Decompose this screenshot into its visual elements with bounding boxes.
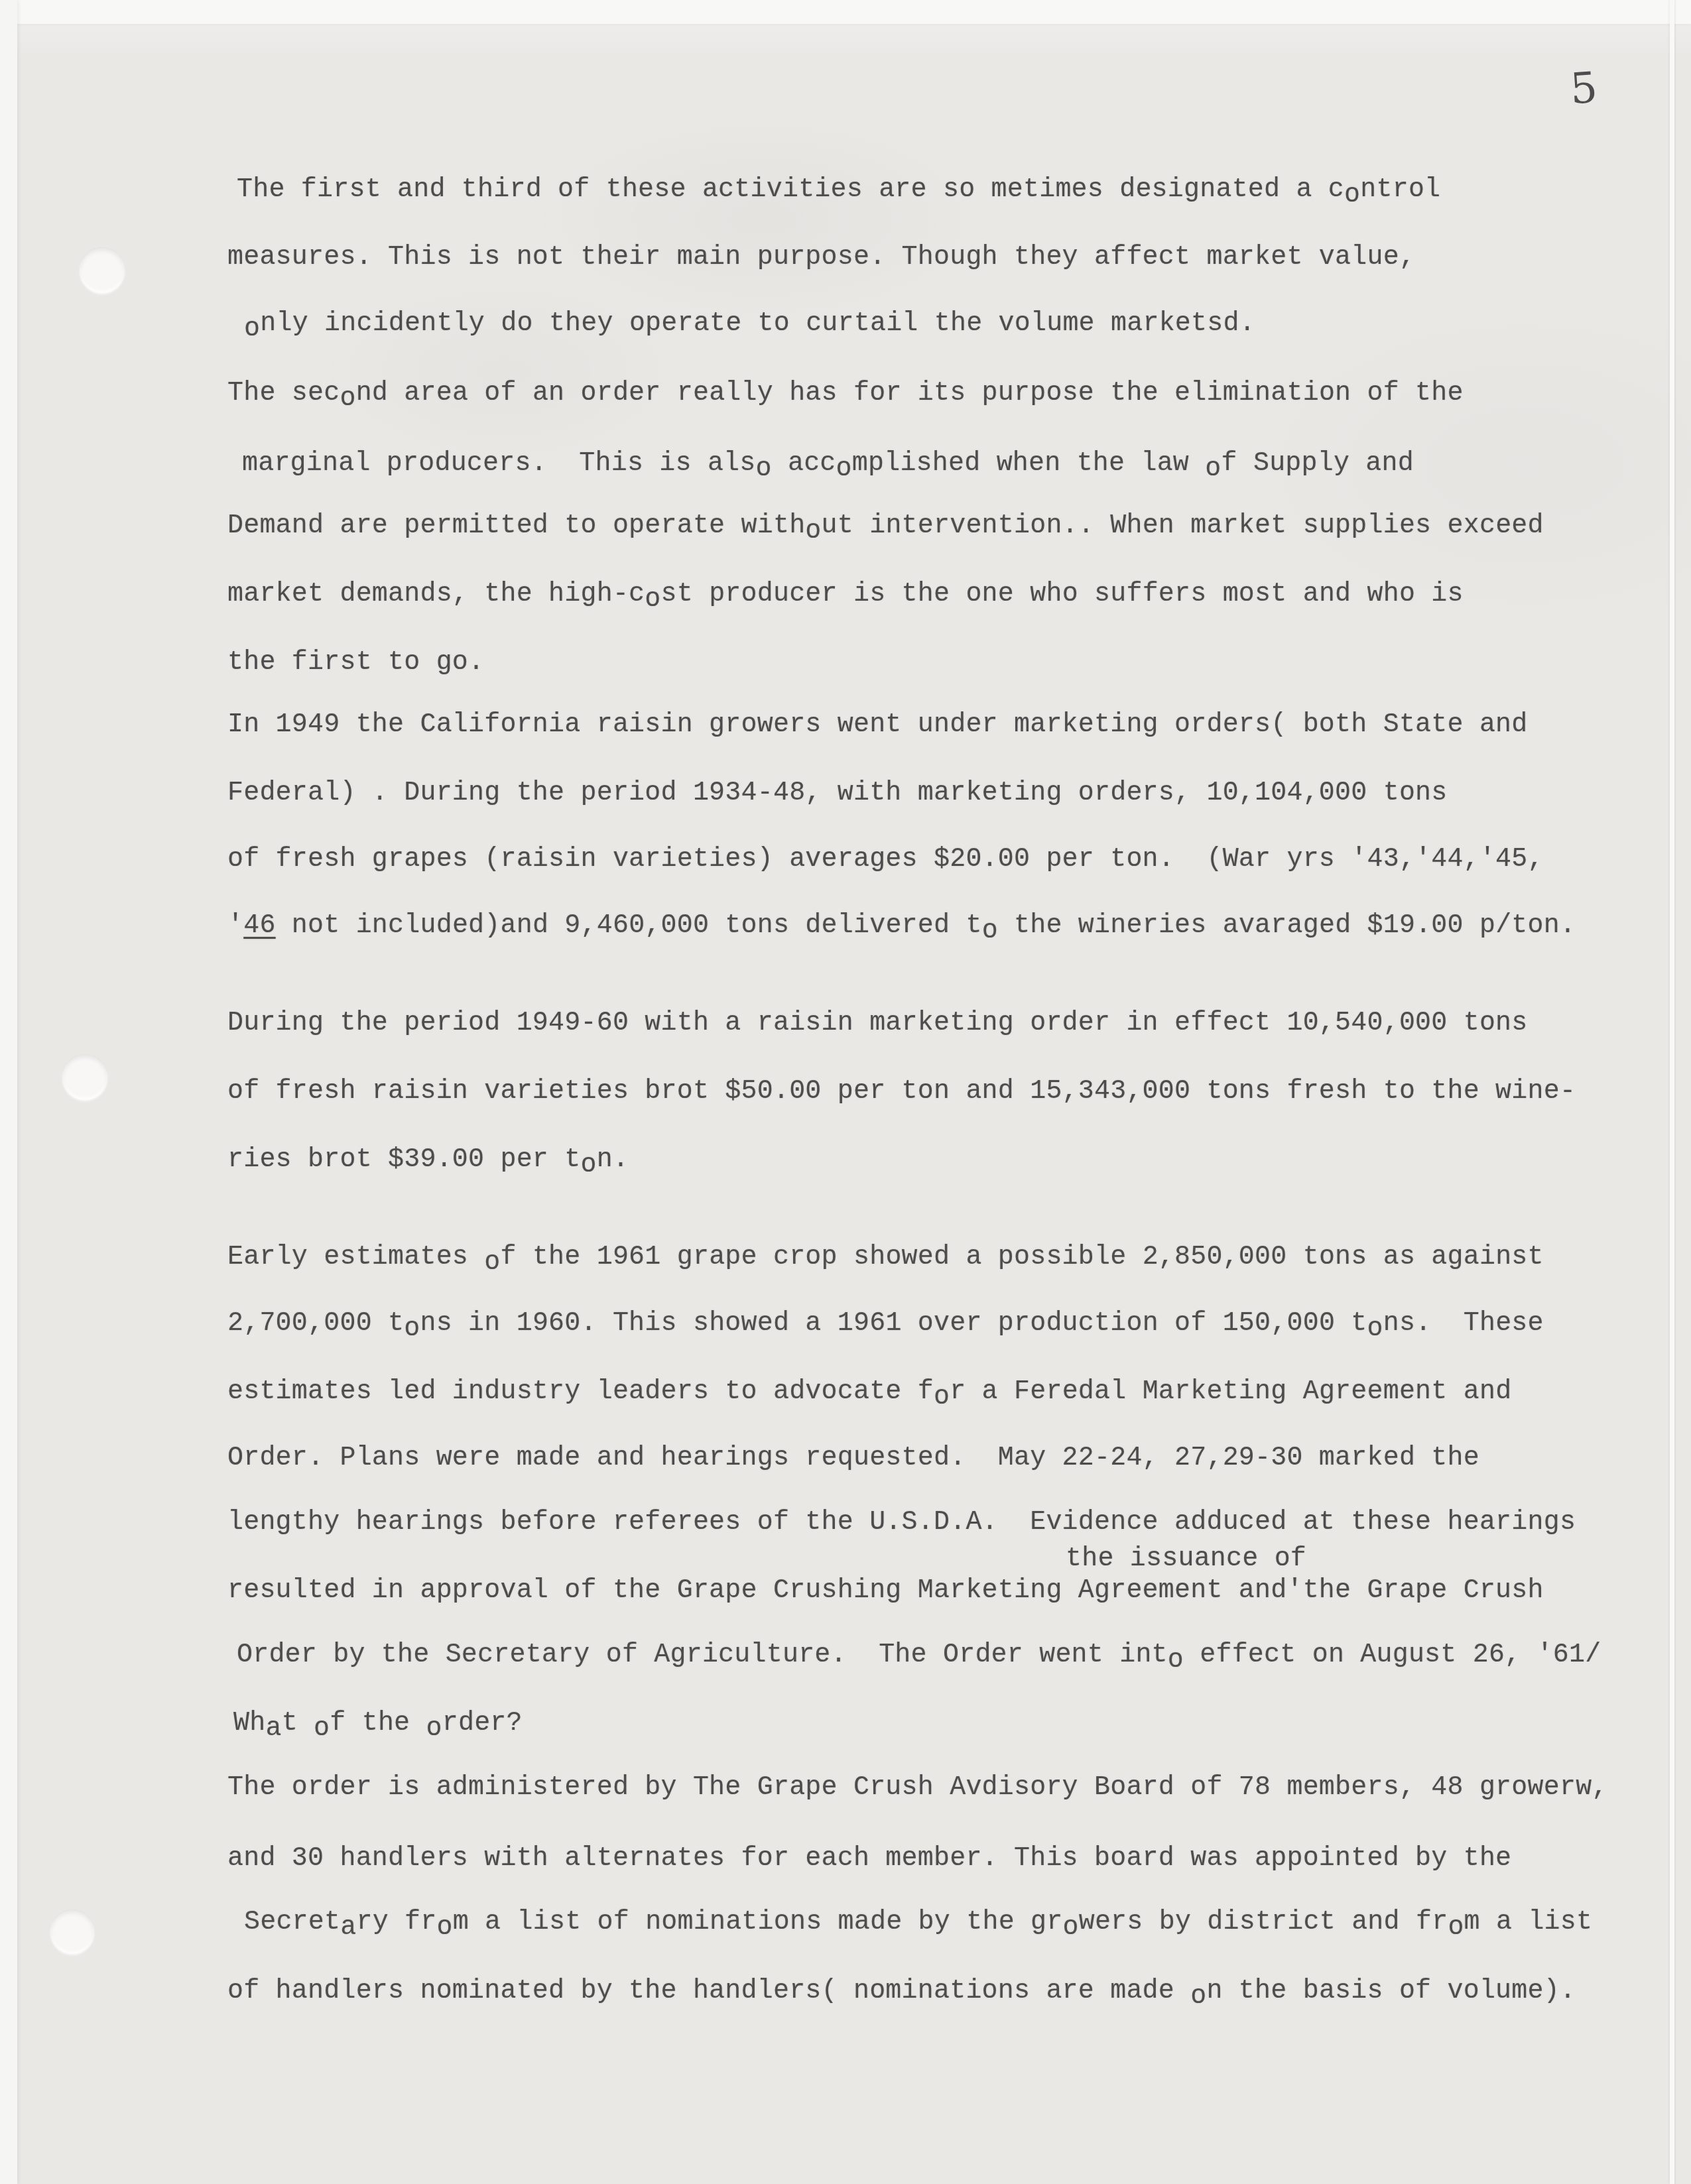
text-line-7: market demands, the high-cost producer i… <box>227 579 1464 611</box>
text-line-6: Demand are permitted to operate without … <box>227 511 1544 542</box>
text-line-2: measures. This is not their main purpose… <box>227 242 1415 274</box>
text-line-10: Federal) . During the period 1934-48, wi… <box>227 778 1448 810</box>
punch-hole-bottom <box>50 1910 94 1954</box>
text-line-11: of fresh grapes (raisin varieties) avera… <box>227 844 1544 876</box>
text-line-1: The first and third of these activities … <box>237 174 1440 206</box>
text-line-27: Secretary from a list of nominations mad… <box>244 1907 1592 1939</box>
punch-hole-middle <box>62 1055 107 1100</box>
paper-top-edge <box>0 0 1691 24</box>
punch-hole-top <box>80 248 125 293</box>
text-line-19: Order. Plans were made and hearings requ… <box>227 1443 1479 1475</box>
text-line-16: Early estimates of the 1961 grape crop s… <box>227 1242 1544 1274</box>
document-page: 5 The first and third of these activitie… <box>0 0 1691 2184</box>
text-line-18: estimates led industry leaders to advoca… <box>227 1376 1511 1408</box>
paper-left-edge <box>0 0 17 2184</box>
text-line-24: What of the order? <box>233 1708 523 1740</box>
text-line-21: the issuance of <box>1066 1544 1306 1575</box>
text-line-12: '46 not included)and 9,460,000 tons deli… <box>227 910 1576 942</box>
text-line-25: The order is administered by The Grape C… <box>227 1772 1608 1804</box>
text-line-5: marginal producers. This is also accompl… <box>242 448 1414 480</box>
page-number: 5 <box>1569 67 1599 111</box>
text-line-22: resulted in approval of the Grape Crushi… <box>227 1575 1544 1607</box>
text-line-20: lengthy hearings before referees of the … <box>227 1507 1576 1539</box>
text-line-23: Order by the Secretary of Agriculture. T… <box>237 1640 1601 1671</box>
text-line-17: 2,700,000 tons in 1960. This showed a 19… <box>227 1308 1544 1340</box>
text-line-4: The second area of an order really has f… <box>227 378 1464 410</box>
text-line-14: of fresh raisin varieties brot $50.00 pe… <box>227 1076 1576 1108</box>
text-line-3: only incidently do they operate to curta… <box>244 308 1255 340</box>
text-line-26: and 30 handlers with alternates for each… <box>227 1843 1511 1875</box>
text-line-13: During the period 1949-60 with a raisin … <box>227 1008 1528 1040</box>
text-line-15: ries brot $39.00 per ton. <box>227 1144 629 1176</box>
text-line-28: of handlers nominated by the handlers( n… <box>227 1976 1576 2008</box>
text-line-8: the first to go. <box>227 647 484 679</box>
paper-right-edge <box>1670 0 1674 2184</box>
text-line-9: In 1949 the California raisin growers we… <box>227 709 1528 741</box>
